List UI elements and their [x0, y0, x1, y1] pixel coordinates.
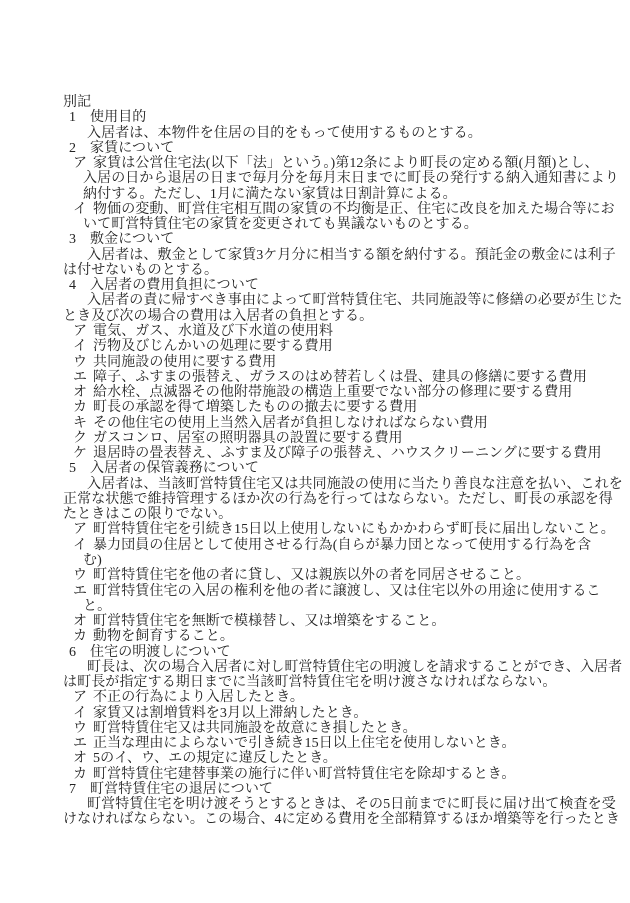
paragraph-line: とき及び次の場合の費用は入居者の負担とする。	[63, 309, 620, 324]
list-item-line: いて町営特賃住宅の家賃を変更されても異議ないものとする。	[63, 217, 620, 232]
item-label: ク	[73, 431, 93, 446]
section-heading: 5入居者の保管義務について	[63, 461, 620, 476]
section-number: 7	[69, 782, 90, 797]
item-text: 町営特賃住宅を引続き15日以上使用しないにもかかわらず町長に届出しないこと。	[93, 522, 615, 537]
section-number: 3	[69, 232, 90, 247]
item-label: ア	[73, 522, 93, 537]
item-text: 退居時の畳表替え、ふすま及び障子の張替え、ハウスクリーニングに要する費用	[93, 446, 602, 461]
paragraph-line: 入居者は、敷金として家賃3ケ月分に相当する額を納付する。預託金の敷金には利子	[63, 248, 620, 263]
list-item-line: ア町営特賃住宅を引続き15日以上使用しないにもかかわらず町長に届出しないこと。	[63, 522, 620, 537]
paragraph-line: は町長が指定する期日までに当該町営特賃住宅を明け渡さなければならない。	[63, 675, 620, 690]
document-heading: 別記	[63, 95, 620, 110]
list-item-line: ア電気、ガス、水道及び下水道の使用料	[63, 324, 620, 339]
list-item-line: オ給水栓、点滅器その他附帯施設の構造上重要でない部分の修理に要する費用	[63, 385, 620, 400]
item-text: 町営特賃住宅又は共同施設を故意にき損したとき。	[93, 721, 417, 736]
item-text: 5のイ、ウ、エの規定に違反したとき。	[93, 751, 337, 766]
list-item-line: ア不正の行為により入居したとき。	[63, 690, 620, 705]
section-number: 6	[69, 645, 90, 660]
section-title: 町営特賃住宅の退居について	[90, 782, 273, 797]
item-label: ウ	[73, 355, 93, 370]
section-number: 2	[69, 141, 90, 156]
paragraph-line: 町営特賃住宅を明け渡そうとするときは、その5日前までに町長に届け出て検査を受	[63, 797, 620, 812]
item-text: 町営特賃住宅を他の者に貸し、又は親族以外の者を同居させること。	[93, 568, 530, 583]
item-label: エ	[73, 370, 93, 385]
item-text: 暴力団員の住居として使用させる行為(自らが暴力団となって使用する行為を含	[93, 538, 591, 553]
list-item-line: カ町長の承認を得て増築したものの撤去に要する費用	[63, 400, 620, 415]
list-item-line: カ町営特賃住宅建替事業の施行に伴い町営特賃住宅を除却するとき。	[63, 767, 620, 782]
section-title: 入居者の保管義務について	[90, 461, 259, 476]
item-text: 汚物及びじんかいの処理に要する費用	[93, 339, 333, 354]
paragraph-line: 入居者は、当該町営特賃住宅又は共同施設の使用に当たり善良な注意を払い、これを	[63, 477, 620, 492]
item-text: その他住宅の使用上当然入居者が負担しなければならない費用	[93, 416, 488, 431]
item-label: ケ	[73, 446, 93, 461]
section-number: 5	[69, 461, 90, 476]
item-text: 町営特賃住宅を無断で模様替し、又は増築をすること。	[93, 614, 446, 629]
item-label: ア	[73, 156, 93, 171]
item-text: 電気、ガス、水道及び下水道の使用料	[93, 324, 333, 339]
item-text: 物価の変動、町営住宅相互間の家賃の不均衡是正、住宅に改良を加えた場合等にお	[93, 202, 615, 217]
list-item-line: む)	[63, 553, 620, 568]
section-title: 住宅の明渡しについて	[90, 645, 231, 660]
section-number: 1	[69, 110, 90, 125]
item-text: 町営特賃住宅の入居の権利を他の者に譲渡し、又は住宅以外の用途に使用するこ	[93, 584, 601, 599]
item-label: イ	[73, 339, 93, 354]
item-text: 町長の承認を得て増築したものの撤去に要する費用	[93, 400, 417, 415]
paragraph-line: 正常な状態で維持管理するほか次の行為を行ってはならない。ただし、町長の承認を得	[63, 492, 620, 507]
paragraph-line: 町長は、次の場合入居者に対し町営特賃住宅の明渡しを請求することができ、入居者	[63, 660, 620, 675]
item-label: イ	[73, 538, 93, 553]
list-item-line: イ家賃又は割増賃料を3月以上滞納したとき。	[63, 706, 620, 721]
item-label: カ	[73, 767, 93, 782]
list-item-line: と。	[63, 599, 620, 614]
list-item-line: イ暴力団員の住居として使用させる行為(自らが暴力団となって使用する行為を含	[63, 538, 620, 553]
list-item-line: ウ共同施設の使用に要する費用	[63, 355, 620, 370]
item-label: エ	[73, 736, 93, 751]
list-item-line: ア家賃は公営住宅法(以下「法」という。)第12条により町長の定める額(月額)とし…	[63, 156, 620, 171]
list-item-line: エ障子、ふすまの張替え、ガラスのはめ替若しくは畳、建具の修繕に要する費用	[63, 370, 620, 385]
section-number: 4	[69, 278, 90, 293]
item-label: ウ	[73, 568, 93, 583]
list-item-line: 入居の日から退居の日まで毎月分を毎月末日までに町長の発行する納入通知書により	[63, 171, 620, 186]
list-item-line: イ汚物及びじんかいの処理に要する費用	[63, 339, 620, 354]
section-heading: 3敷金について	[63, 232, 620, 247]
paragraph-line: けなければならない。この場合、4に定める費用を全部精算するほか増築等を行ったとき	[63, 812, 620, 827]
item-label: キ	[73, 416, 93, 431]
section-title: 使用目的	[90, 110, 146, 125]
item-text: 家賃は公営住宅法(以下「法」という。)第12条により町長の定める額(月額)とし、	[93, 156, 599, 171]
section-title: 家賃について	[90, 141, 174, 156]
section-heading: 4入居者の費用負担について	[63, 278, 620, 293]
item-label: オ	[73, 385, 93, 400]
paragraph-line: 入居者の責に帰すべき事由によって町営特賃住宅、共同施設等に修繕の必要が生じた	[63, 293, 620, 308]
document-body: 1使用目的入居者は、本物件を住居の目的をもって使用するものとする。2家賃について…	[63, 110, 620, 827]
list-item-line: エ町営特賃住宅の入居の権利を他の者に譲渡し、又は住宅以外の用途に使用するこ	[63, 584, 620, 599]
item-text: 不正の行為により入居したとき。	[93, 690, 304, 705]
item-label: カ	[73, 400, 93, 415]
paragraph-line: は付せないものとする。	[63, 263, 620, 278]
list-item-line: オ5のイ、ウ、エの規定に違反したとき。	[63, 751, 620, 766]
item-label: ア	[73, 690, 93, 705]
item-label: オ	[73, 614, 93, 629]
item-label: オ	[73, 751, 93, 766]
item-label: ア	[73, 324, 93, 339]
item-label: エ	[73, 584, 93, 599]
list-item-line: ウ町営特賃住宅を他の者に貸し、又は親族以外の者を同居させること。	[63, 568, 620, 583]
paragraph-line: 入居者は、本物件を住居の目的をもって使用するものとする。	[63, 126, 620, 141]
list-item-line: ケ退居時の畳表替え、ふすま及び障子の張替え、ハウスクリーニングに要する費用	[63, 446, 620, 461]
item-text: 共同施設の使用に要する費用	[93, 355, 276, 370]
section-heading: 7町営特賃住宅の退居について	[63, 782, 620, 797]
section-title: 敷金について	[90, 232, 174, 247]
item-label: ウ	[73, 721, 93, 736]
item-label: カ	[73, 629, 93, 644]
list-item-line: カ動物を飼育すること。	[63, 629, 620, 644]
section-heading: 1使用目的	[63, 110, 620, 125]
section-heading: 6住宅の明渡しについて	[63, 645, 620, 660]
list-item-line: ウ町営特賃住宅又は共同施設を故意にき損したとき。	[63, 721, 620, 736]
item-text: 町営特賃住宅建替事業の施行に伴い町営特賃住宅を除却するとき。	[93, 767, 515, 782]
list-item-line: イ物価の変動、町営住宅相互間の家賃の不均衡是正、住宅に改良を加えた場合等にお	[63, 202, 620, 217]
list-item-line: エ正当な理由によらないで引き続き15日以上住宅を使用しないとき。	[63, 736, 620, 751]
item-text: 正当な理由によらないで引き続き15日以上住宅を使用しないとき。	[93, 736, 516, 751]
item-text: 障子、ふすまの張替え、ガラスのはめ替若しくは畳、建具の修繕に要する費用	[93, 370, 587, 385]
paragraph-line: たときはこの限りでない。	[63, 507, 620, 522]
list-item-line: 納付する。ただし、1月に満たない家賃は日割計算による。	[63, 187, 620, 202]
list-item-line: オ町営特賃住宅を無断で模様替し、又は増築をすること。	[63, 614, 620, 629]
item-text: ガスコンロ、居室の照明器具の設置に要する費用	[93, 431, 403, 446]
list-item-line: クガスコンロ、居室の照明器具の設置に要する費用	[63, 431, 620, 446]
item-text: 動物を飼育すること。	[93, 629, 234, 644]
item-label: イ	[73, 706, 93, 721]
section-title: 入居者の費用負担について	[90, 278, 259, 293]
item-text: 家賃又は割増賃料を3月以上滞納したとき。	[93, 706, 367, 721]
item-text: 給水栓、点滅器その他附帯施設の構造上重要でない部分の修理に要する費用	[93, 385, 572, 400]
item-label: イ	[73, 202, 93, 217]
list-item-line: キその他住宅の使用上当然入居者が負担しなければならない費用	[63, 416, 620, 431]
section-heading: 2家賃について	[63, 141, 620, 156]
document-page: 別記 1使用目的入居者は、本物件を住居の目的をもって使用するものとする。2家賃に…	[0, 0, 630, 903]
